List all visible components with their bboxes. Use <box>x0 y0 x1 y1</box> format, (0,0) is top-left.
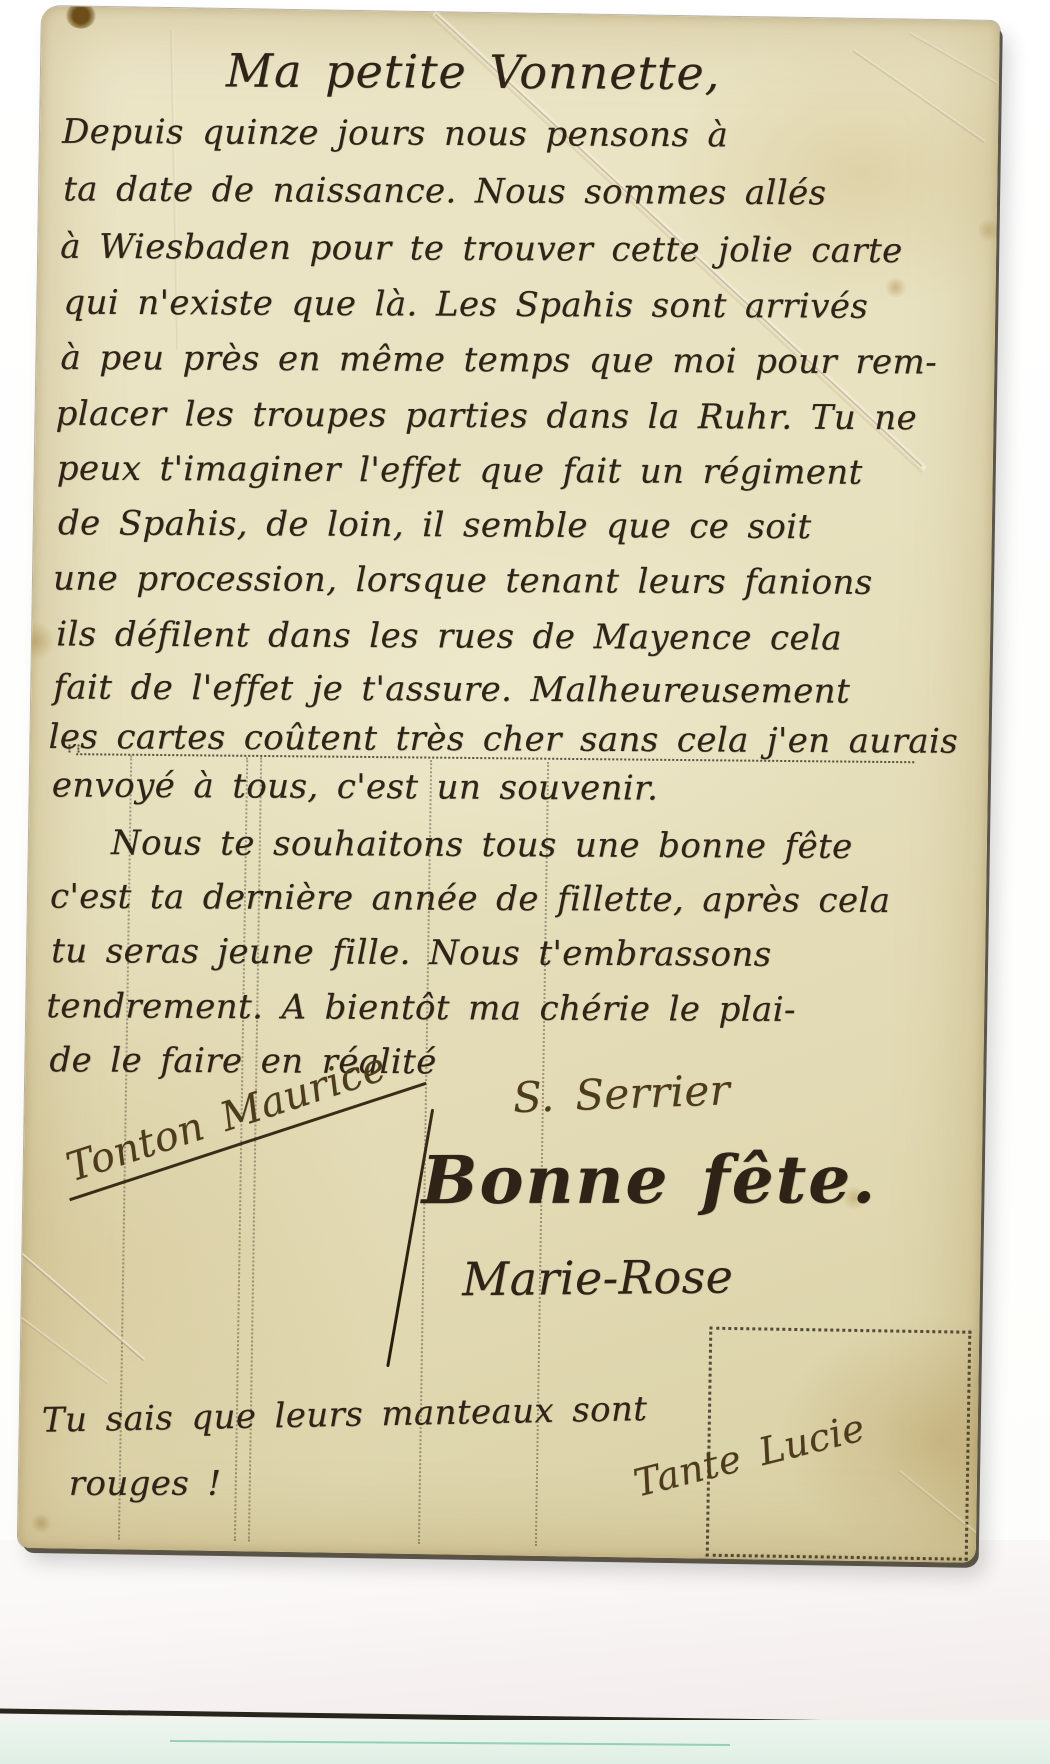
letter-line: Nous te souhaitons tous une bonne fête <box>111 825 853 866</box>
letter-line: peux t'imaginer l'effet que fait un régi… <box>57 451 863 493</box>
letter-line: c'est ta dernière année de fillette, apr… <box>50 879 891 921</box>
postscript-line: Tu sais que leurs manteaux sont <box>42 1391 648 1440</box>
stain-mark <box>30 1514 52 1532</box>
letter-line: les cartes coûtent très cher sans cela j… <box>48 719 958 761</box>
signature-s-serrier: S. Serrier <box>512 1067 731 1121</box>
letter-line: tendrement. A bientôt ma chérie le plai- <box>46 988 796 1029</box>
letter-line: envoyé à tous, c'est un souvenir. <box>52 767 659 808</box>
letter-line: à Wiesbaden pour te trouver cette jolie … <box>60 229 903 271</box>
stain-mark <box>18 621 55 662</box>
stain-mark <box>66 6 96 29</box>
stain-mark <box>978 217 998 243</box>
crease-mark <box>18 1228 145 1361</box>
postcard: Ma petite Vonnette, Depuis quinze jours … <box>18 6 1000 1563</box>
crease-mark <box>909 32 997 84</box>
salutation-line: Ma petite Vonnette, <box>226 45 721 98</box>
letter-line: de Spahis, de loin, il semble que ce soi… <box>58 505 812 546</box>
letter-line: placer les troupes parties dans la Ruhr.… <box>56 396 918 438</box>
letter-line: qui n'existe que là. Les Spahis sont arr… <box>63 285 868 327</box>
scanned-postcard-photo: Ma petite Vonnette, Depuis quinze jours … <box>0 0 1050 1764</box>
letter-line: tu seras jeune fille. Nous t'embrassons <box>51 933 772 974</box>
letter-line: Depuis quinze jours nous pensons à <box>62 114 728 155</box>
letter-line: une procession, lorsque tenant leurs fan… <box>53 561 873 603</box>
letter-line: à peu près en même temps que moi pour re… <box>60 340 937 382</box>
letter-line: ta date de naissance. Nous sommes allés <box>63 171 826 212</box>
letter-line: fait de l'effet je t'assure. Malheureuse… <box>53 669 850 711</box>
greeting-bonne-fete: Bonne fête. <box>422 1143 878 1216</box>
letter-line: ils défilent dans les rues de Mayence ce… <box>56 616 842 658</box>
stain-mark <box>884 277 908 297</box>
postscript-line: rouges ! <box>69 1466 222 1504</box>
backing-sheet <box>0 1540 1050 1730</box>
name-marie-rose: Marie-Rose <box>462 1251 734 1304</box>
